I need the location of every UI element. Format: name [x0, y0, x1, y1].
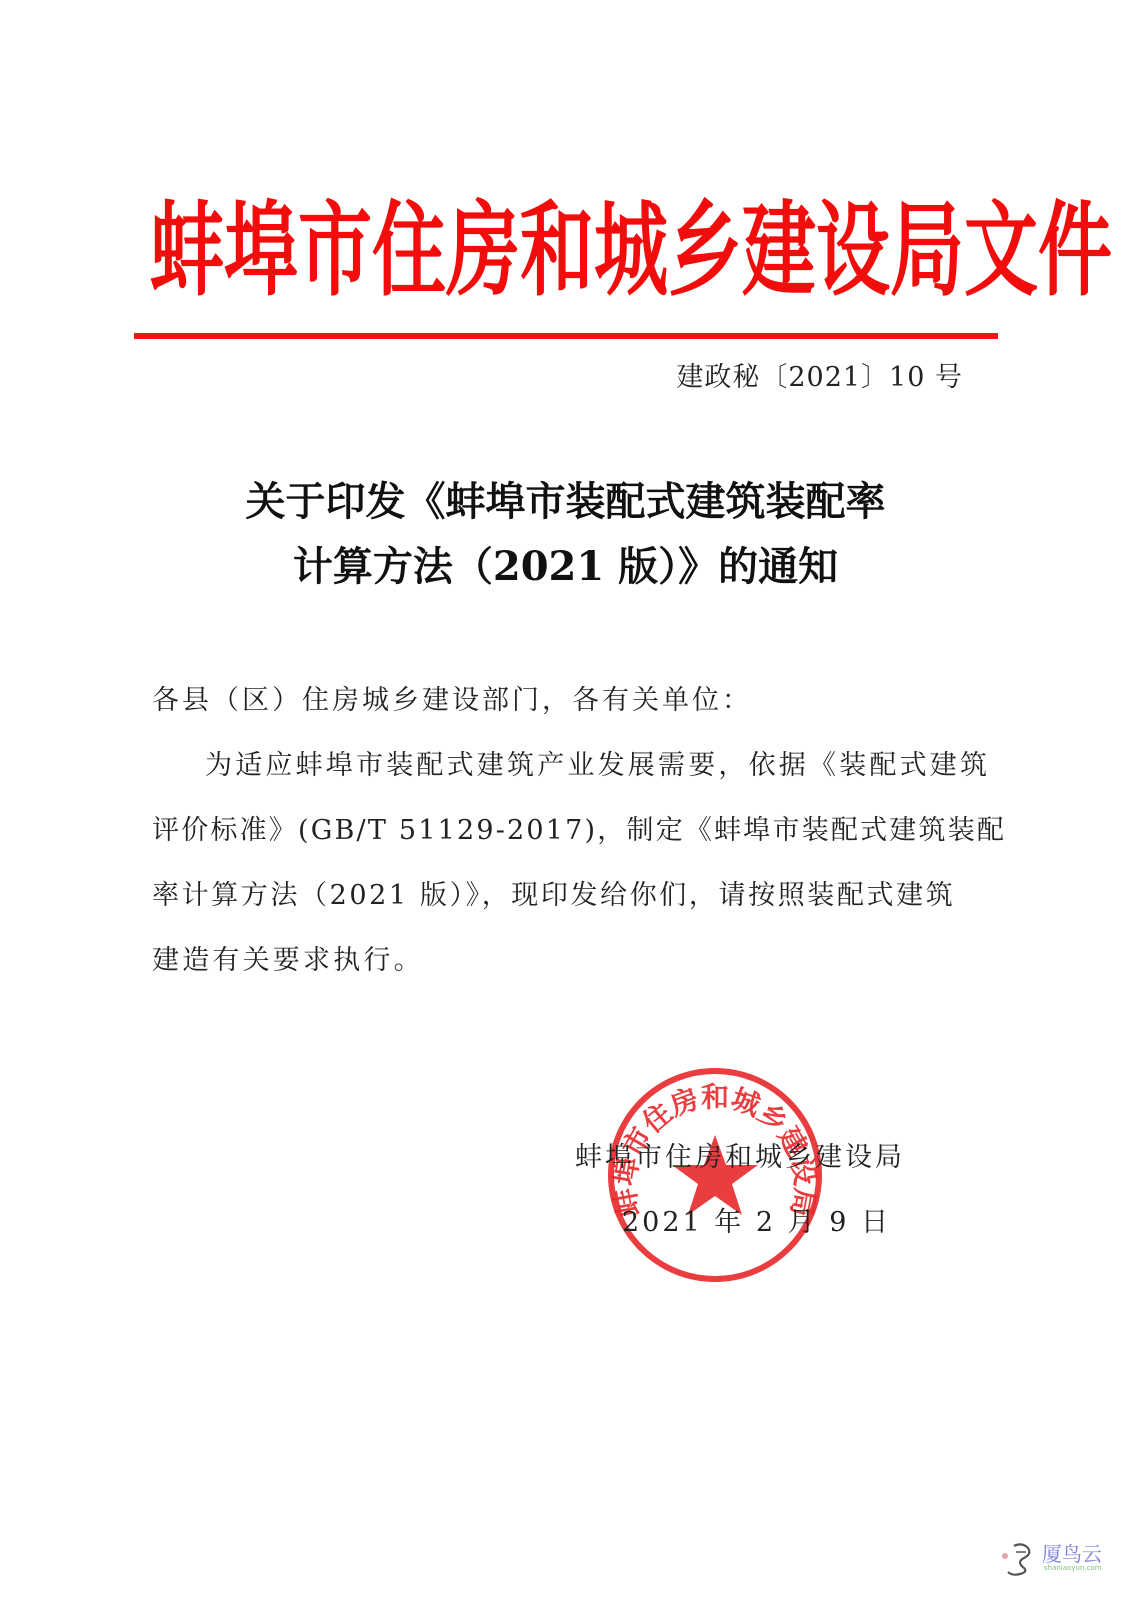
document-number: 建政秘〔2021〕10 号 — [676, 355, 963, 394]
signature-organization: 蚌埠市住房和城乡建设局 — [575, 1135, 905, 1174]
red-divider-rule — [134, 333, 998, 339]
watermark-url: shaniaoyun.com — [1044, 1564, 1102, 1572]
body-line: 率计算方法（2021 版）》，现印发给你们，请按照装配式建筑 — [152, 873, 955, 912]
official-seal-icon: 蚌埠市住房和城乡建设局 — [605, 1065, 825, 1285]
watermark: 厦鸟云 shaniaoyun.com — [1000, 1538, 1120, 1578]
body-line: 评价标准》(GB/T 51129-2017)，制定《蚌埠市装配式建筑装配 — [152, 808, 1006, 847]
body-line: 建造有关要求执行。 — [152, 938, 424, 977]
watermark-name: 厦鸟云 — [1042, 1538, 1102, 1567]
masthead-title: 蚌埠市住房和城乡建设局文件 — [150, 161, 980, 340]
bird-logo-icon — [1000, 1538, 1036, 1578]
salutation: 各县（区）住房城乡建设部门，各有关单位： — [152, 678, 967, 717]
signature-date: 2021 年 2 月 9 日 — [622, 1200, 891, 1239]
body-line: 为适应蚌埠市装配式建筑产业发展需要，依据《装配式建筑 — [205, 743, 990, 782]
notice-title-line-2: 计算方法（2021 版）》的通知 — [0, 535, 1131, 592]
notice-title-line-1: 关于印发《蚌埠市装配式建筑装配率 — [0, 470, 1131, 527]
document-page: 蚌埠市住房和城乡建设局文件 建政秘〔2021〕10 号 关于印发《蚌埠市装配式建… — [0, 0, 1131, 1600]
